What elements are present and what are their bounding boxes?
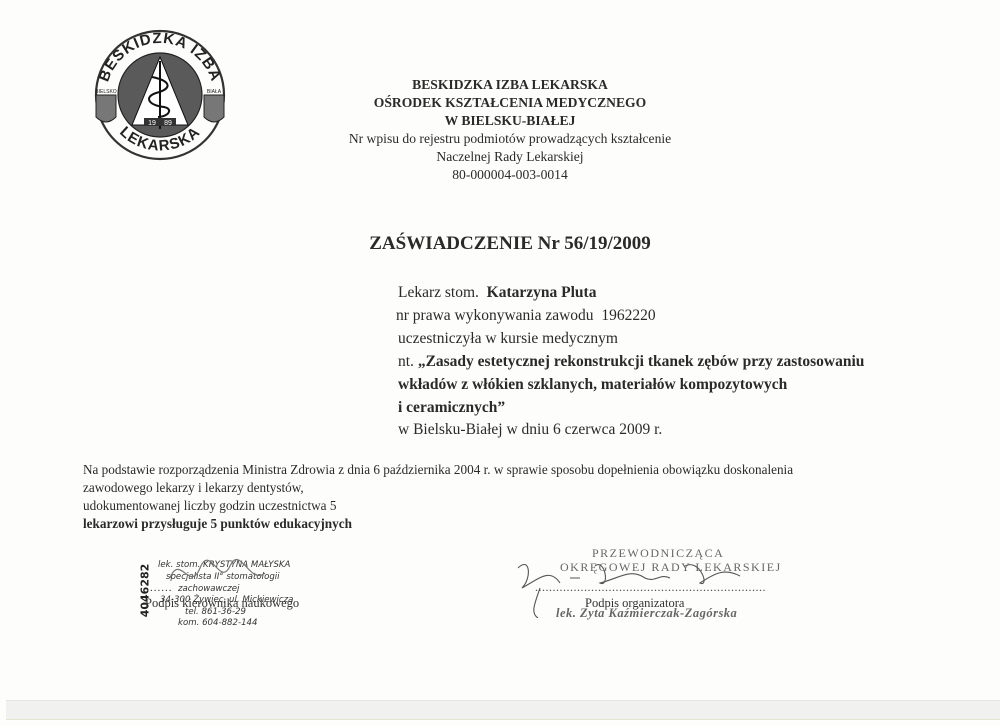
header-registry-body: Naczelnej Rady Lekarskiej: [330, 148, 690, 166]
recipient-line: Lekarz stom. Katarzyna Pluta: [398, 283, 596, 303]
license-line: nr prawa wykonywania zawodu 1962220: [396, 306, 656, 326]
stamp-left-line5: tel. 861-36-29: [185, 607, 246, 617]
scan-edge: [6, 700, 1000, 720]
logo-year-left: 19: [148, 120, 156, 127]
institution-header: BESKIDZKA IZBA LEKARSKA OŚRODEK KSZTAŁCE…: [330, 76, 690, 184]
course-topic-line1: nt. „Zasady estetycznej rekonstrukcji tk…: [398, 352, 864, 372]
license-number: 1962220: [601, 307, 655, 324]
header-registry-label: Nr wpisu do rejestru podmiotów prowadząc…: [330, 130, 690, 148]
topic-text-1: „Zasady estetycznej rekonstrukcji tkanek…: [418, 353, 865, 370]
license-label: nr prawa wykonywania zawodu: [396, 307, 594, 324]
logo-right-label: BIAŁA: [207, 89, 222, 95]
course-topic-line3: i ceramicznych”: [398, 398, 505, 418]
handwritten-signature-left: [165, 548, 285, 598]
chamber-logo: 19 89 BIELSKO BIAŁA BESKIDZKA IZBA LEKAR…: [86, 25, 234, 163]
header-city: W BIELSKU-BIAŁEJ: [330, 112, 690, 130]
logo-year-right: 89: [164, 120, 172, 127]
recipient-title: Lekarz stom.: [398, 284, 479, 301]
stamp-right-name: lek. Zyta Kaźmierczak-Zagórska: [556, 606, 737, 621]
course-topic-line2: wkładów z włókien szklanych, materiałów …: [398, 375, 787, 395]
logo-left-label: BIELSKO: [95, 89, 117, 95]
header-registry-number: 80-000004-003-0014: [330, 166, 690, 184]
place-date: w Bielsku-Białej w dniu 6 czerwca 2009 r…: [398, 420, 662, 440]
stamp-left-line6: kom. 604-882-144: [178, 618, 257, 628]
header-center-name: OŚRODEK KSZTAŁCENIA MEDYCZNEGO: [330, 94, 690, 112]
header-chamber-name: BESKIDZKA IZBA LEKARSKA: [330, 76, 690, 94]
participation-line: uczestniczyła w kursie medycznym: [398, 329, 618, 349]
statement-line2: zawodowego lekarzy i lekarzy dentystów,: [83, 479, 304, 496]
topic-prefix: nt.: [398, 353, 414, 370]
signature-line: ........................................…: [535, 580, 766, 595]
statement-line3: udokumentowanej liczby godzin uczestnict…: [83, 497, 336, 514]
statement-line1: Na podstawie rozporządzenia Ministra Zdr…: [83, 461, 793, 478]
certificate-title: ZAŚWIADCZENIE Nr 56/19/2009: [330, 233, 690, 255]
recipient-name: Katarzyna Pluta: [487, 284, 597, 301]
education-points: lekarzowi przysługuje 5 punktów edukacyj…: [83, 515, 352, 532]
